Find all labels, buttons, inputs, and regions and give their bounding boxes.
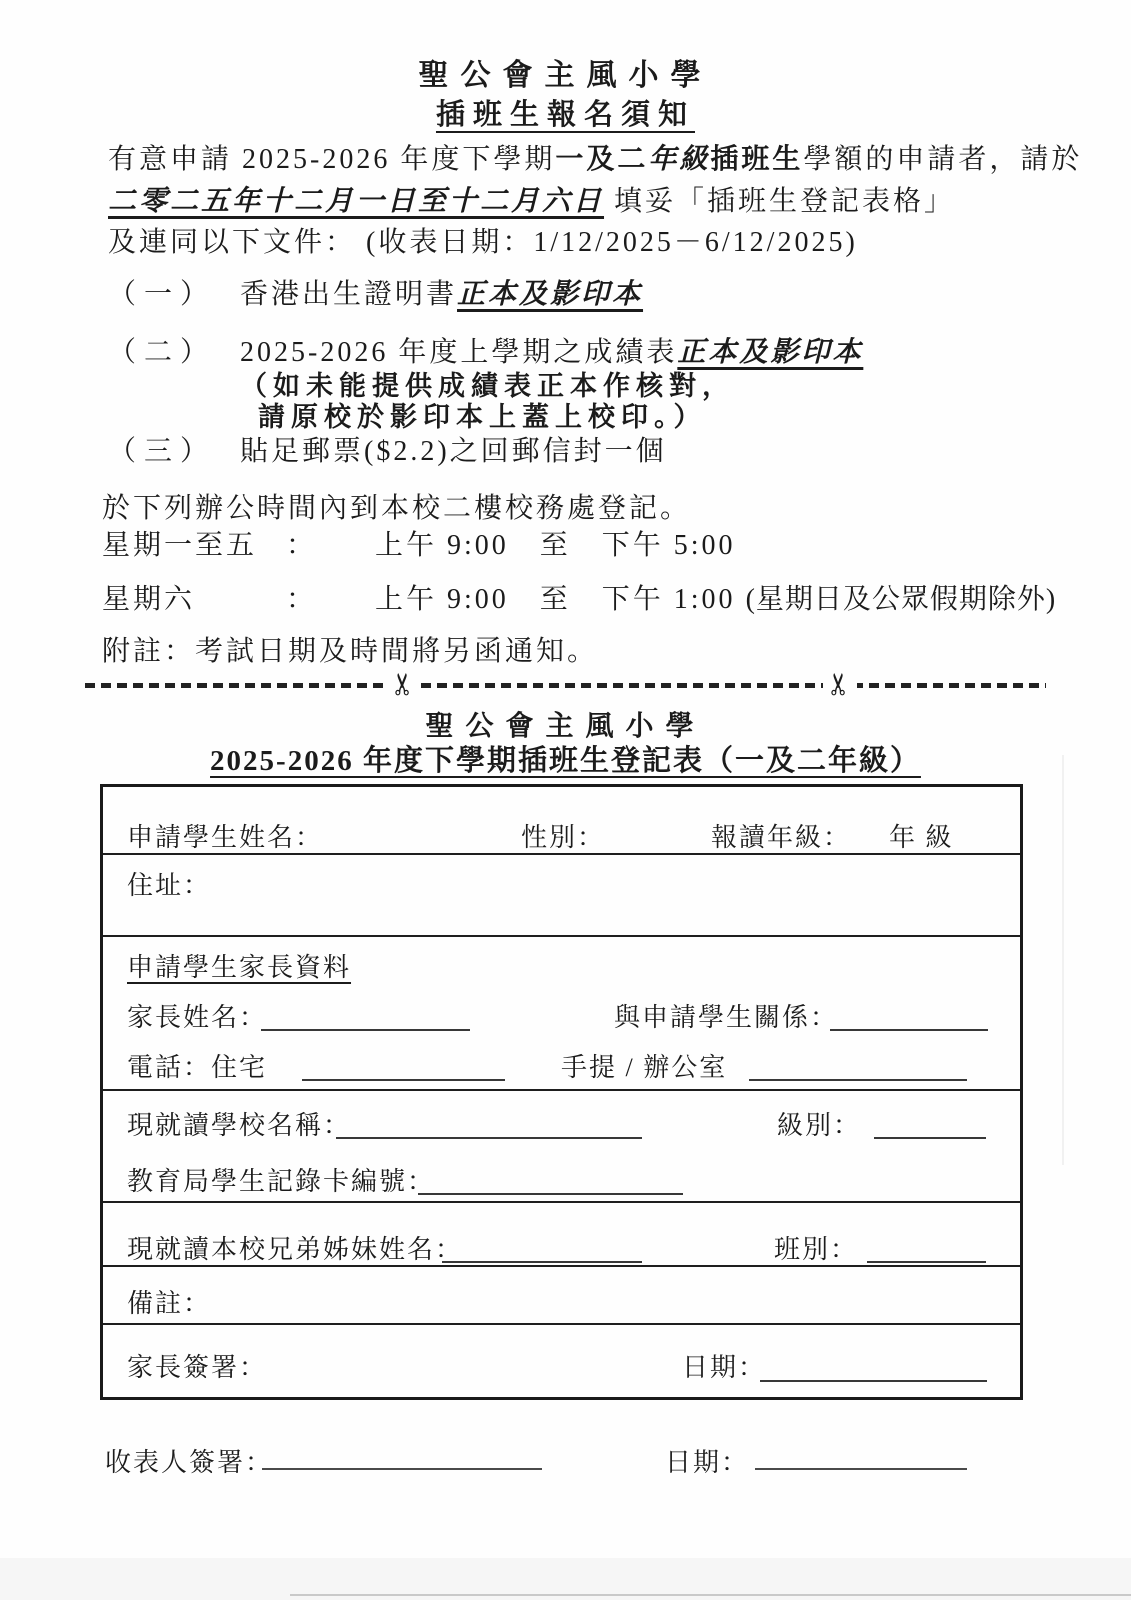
current-school-label: 現就讀學校名稱： xyxy=(127,1105,351,1142)
notice-subtitle: 插班生報名須知 xyxy=(0,92,1131,133)
item-2-number: （二） xyxy=(108,330,216,370)
intro-transfer-bold: 插班生 xyxy=(710,144,803,175)
gender-label: 性別： xyxy=(521,817,605,854)
weekday-hours: 上午 9:00 至 下午 5:00 xyxy=(375,523,736,563)
scan-edge-line xyxy=(1062,755,1064,1165)
intro-grades-bold: 一及二 xyxy=(555,144,648,175)
cut-line: ✂ ✂ xyxy=(85,683,1046,688)
item-1-emphasis: 正本及影印本 xyxy=(457,279,643,310)
receiver-signature-label: 收表人簽署： xyxy=(105,1442,273,1479)
registration-period-emphasis: 二零二五年十二月一日至十二月六日 xyxy=(108,186,604,217)
edb-number-blank-line xyxy=(418,1191,683,1195)
intro-documents-label: 及連同以下文件： xyxy=(108,227,356,258)
level-label: 級別： xyxy=(777,1105,861,1142)
receiver-date-label: 日期： xyxy=(665,1442,749,1479)
intro-grade-word-italic: 年級 xyxy=(648,144,710,175)
item-3-text: 貼足郵票($2.2)之回郵信封一個 xyxy=(240,429,667,469)
intro-line-2-tail: 填妥「插班生登記表格」 xyxy=(614,186,955,217)
item-1-label: 香港出生證明書 xyxy=(240,279,457,310)
row-divider xyxy=(103,935,1020,937)
row-divider xyxy=(103,1323,1020,1325)
item-1-number: （一） xyxy=(108,272,216,312)
apply-grade-label: 報讀年級： xyxy=(711,817,851,854)
parent-name-label: 家長姓名： xyxy=(127,997,267,1034)
class-blank-line xyxy=(867,1259,986,1263)
weekday-label: 星期一至五 xyxy=(102,523,257,563)
relationship-label: 與申請學生關係： xyxy=(614,997,838,1034)
receiver-signature-blank-line xyxy=(262,1466,542,1470)
parent-name-blank-line xyxy=(261,1027,470,1031)
form-title-text: 2025-2026 年度下學期插班生登記表（一及二年級） xyxy=(210,745,921,777)
row-divider xyxy=(103,1201,1020,1203)
office-hours-intro: 於下列辦公時間內到本校二樓校務處登記。 xyxy=(102,486,691,526)
remarks-label: 備註： xyxy=(127,1283,211,1320)
exam-remark: 附註：考試日期及時間將另函通知。 xyxy=(102,629,598,669)
scissors-icon: ✂ xyxy=(823,667,857,701)
intro-line-3: 及連同以下文件： (收表日期：1/12/2025－6/12/2025) xyxy=(108,220,858,260)
address-label: 住址： xyxy=(127,865,211,902)
intro-line-1-tail: 學額的申請者，請於 xyxy=(803,144,1082,175)
parent-sign-date-blank-line xyxy=(760,1378,987,1382)
scan-edge-line xyxy=(290,1594,1131,1596)
saturday-hours: 上午 9:00 至 下午 1:00 (星期日及公眾假期除外) xyxy=(375,577,1056,617)
item-3-number: （三） xyxy=(108,429,216,469)
phone-home-blank-line xyxy=(302,1077,505,1081)
parent-sign-date-label: 日期： xyxy=(682,1347,766,1384)
weekday-colon: ： xyxy=(286,523,317,563)
relationship-blank-line xyxy=(830,1027,988,1031)
sibling-blank-line xyxy=(442,1259,642,1263)
student-name-label: 申請學生姓名： xyxy=(127,817,323,854)
phone-home-label: 電話：住宅 xyxy=(127,1047,267,1084)
level-blank-line xyxy=(874,1135,986,1139)
notice-subtitle-text: 插班生報名須知 xyxy=(436,99,695,131)
parent-section-heading: 申請學生家長資料 xyxy=(127,947,351,984)
saturday-colon: ： xyxy=(286,577,317,617)
grade-suffix-label: 年 級 xyxy=(889,817,954,854)
sibling-label: 現就讀本校兄弟姊妹姓名： xyxy=(127,1229,463,1266)
saturday-note: (星期日及公眾假期除外) xyxy=(746,584,1057,615)
receiver-date-blank-line xyxy=(755,1466,967,1470)
edb-number-label: 教育局學生記錄卡編號： xyxy=(127,1161,435,1198)
current-school-blank-line xyxy=(336,1135,642,1139)
registration-table: 申請學生姓名： 性別： 報讀年級： 年 級 住址： 申請學生家長資料 家長姓名：… xyxy=(100,784,1023,1400)
collection-dates-note: (收表日期：1/12/2025－6/12/2025) xyxy=(366,227,858,258)
saturday-label: 星期六 xyxy=(102,577,195,617)
school-name-title: 聖公會主風小學 xyxy=(0,50,1131,94)
phone-mobile-label: 手提 / 辦公室 xyxy=(561,1047,727,1084)
row-divider xyxy=(103,1089,1020,1091)
intro-line-2: 二零二五年十二月一日至十二月六日 填妥「插班生登記表格」 xyxy=(108,179,955,219)
scanned-notice-page: 聖公會主風小學 插班生報名須知 有意申請 2025-2026 年度下學期一及二年… xyxy=(0,0,1131,1600)
intro-line-1: 有意申請 2025-2026 年度下學期一及二年級插班生學額的申請者，請於 xyxy=(108,137,1082,177)
item-1-text: 香港出生證明書正本及影印本 xyxy=(240,272,643,312)
phone-mobile-blank-line xyxy=(749,1077,967,1081)
scissors-icon: ✂ xyxy=(387,667,421,701)
intro-line-1-regular: 有意申請 2025-2026 年度下學期 xyxy=(108,144,555,175)
saturday-hours-text: 上午 9:00 至 下午 1:00 xyxy=(375,584,736,615)
parent-signature-label: 家長簽署： xyxy=(127,1347,267,1384)
class-label: 班別： xyxy=(774,1229,858,1266)
form-title: 2025-2026 年度下學期插班生登記表（一及二年級） xyxy=(0,738,1131,779)
